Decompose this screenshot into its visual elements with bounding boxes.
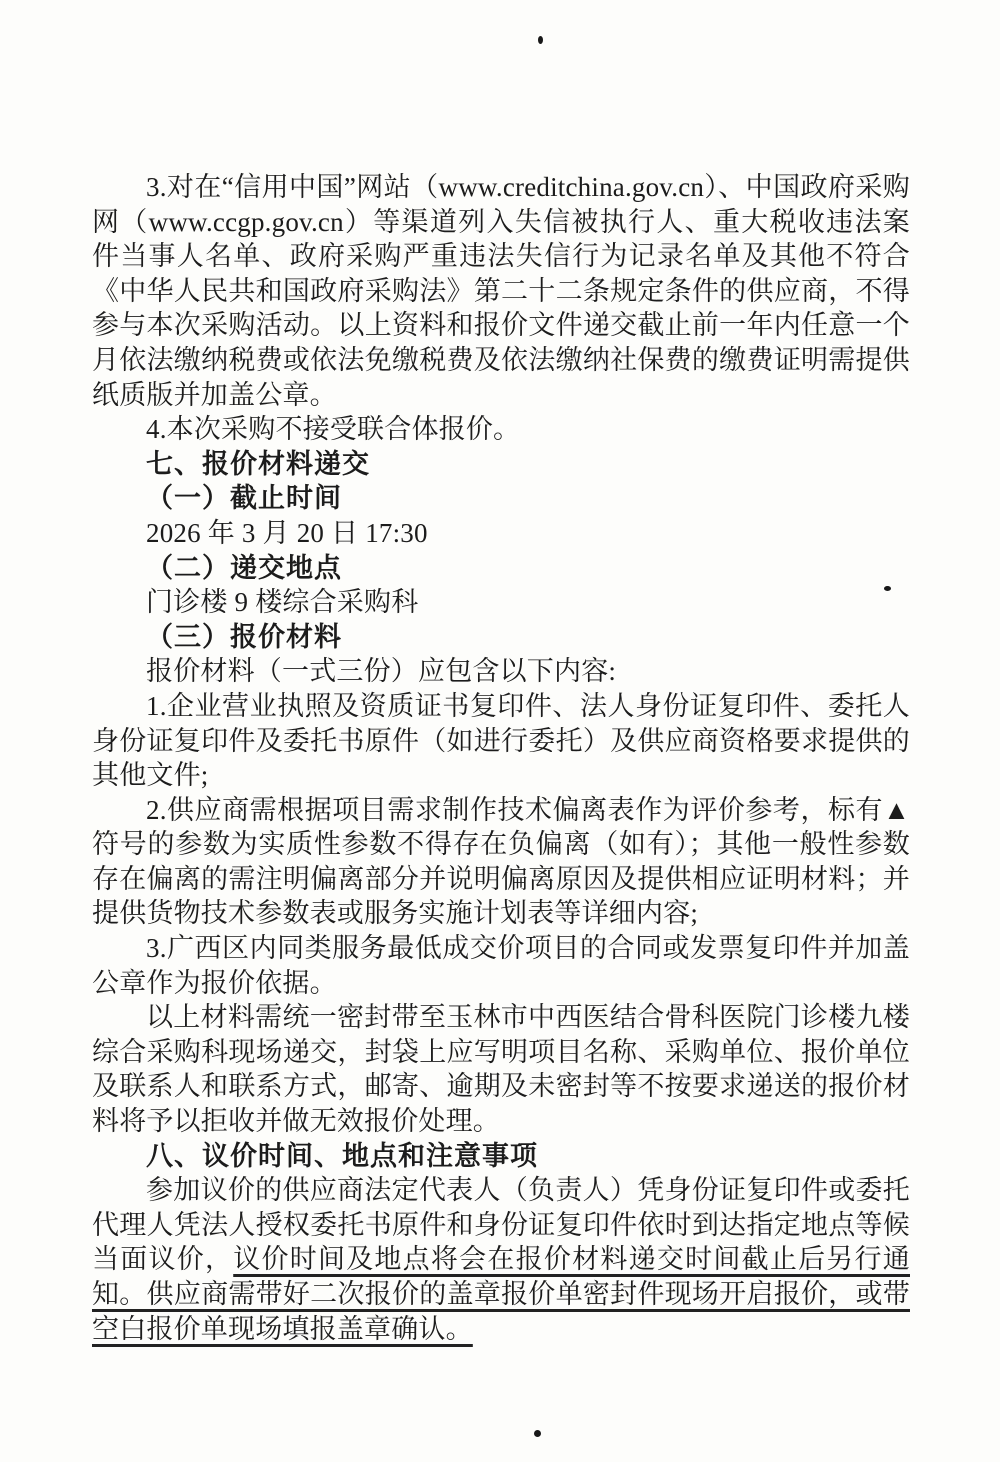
scanned-document-page: 3.对在“信用中国”网站（www.creditchina.gov.cn）、中国政… — [0, 0, 1000, 1462]
text-run: 七、报价材料递交 — [146, 449, 370, 479]
heading-7-1-deadline: （一）截止时间 — [92, 481, 910, 516]
heading-section-8-negotiation: 八、议价时间、地点和注意事项 — [92, 1139, 910, 1174]
text-run: 八、议价时间、地点和注意事项 — [146, 1141, 538, 1171]
text-run: （二）递交地点 — [146, 553, 342, 583]
para-item-3-contract-invoice: 3.广西区内同类服务最低成交价项目的合同或发票复印件并加盖公章作为报价依据。 — [92, 931, 910, 1000]
heading-section-7-submission: 七、报价材料递交 — [92, 447, 910, 482]
para-delivery-location: 门诊楼 9 楼综合采购科 — [92, 585, 910, 620]
text-run: 3.对在“信用中国”网站（www.creditchina.gov.cn）、中国政… — [92, 172, 910, 410]
text-run: 门诊楼 9 楼综合采购科 — [146, 587, 418, 617]
para-deadline-datetime: 2026 年 3 月 20 日 17:30 — [92, 516, 910, 551]
text-run: 2026 年 3 月 20 日 17:30 — [146, 518, 428, 548]
text-run: 4.本次采购不接受联合体报价。 — [146, 414, 520, 444]
para-materials-intro: 报价材料（一式三份）应包含以下内容: — [92, 654, 910, 689]
scan-speck — [534, 1430, 541, 1437]
text-run: 3.广西区内同类服务最低成交价项目的合同或发票复印件并加盖公章作为报价依据。 — [92, 933, 910, 998]
text-run: 2.供应商需根据项目需求制作技术偏离表作为评价参考，标有▲符号的参数为实质性参数… — [92, 795, 910, 929]
para-no-consortium: 4.本次采购不接受联合体报价。 — [92, 412, 910, 447]
scan-speck — [884, 586, 891, 591]
text-run: 1.企业营业执照及资质证书复印件、法人身份证复印件、委托人身份证复印件及委托书原… — [92, 691, 910, 790]
heading-7-3-materials: （三）报价材料 — [92, 620, 910, 655]
para-sealed-delivery: 以上材料需统一密封带至玉林市中西医结合骨科医院门诊楼九楼综合采购科现场递交，封袋… — [92, 1000, 910, 1138]
heading-7-2-location: （二）递交地点 — [92, 551, 910, 586]
para-negotiation-notice: 参加议价的供应商法定代表人（负责人）凭身份证复印件或委托代理人凭法人授权委托书原… — [92, 1173, 910, 1346]
document-body: 3.对在“信用中国”网站（www.creditchina.gov.cn）、中国政… — [92, 170, 910, 1346]
para-item-1-licenses: 1.企业营业执照及资质证书复印件、法人身份证复印件、委托人身份证复印件及委托书原… — [92, 689, 910, 793]
scan-speck — [538, 36, 543, 44]
text-run: 报价材料（一式三份）应包含以下内容: — [146, 656, 616, 686]
para-item-2-deviation-table: 2.供应商需根据项目需求制作技术偏离表作为评价参考，标有▲符号的参数为实质性参数… — [92, 793, 910, 931]
text-run: 以上材料需统一密封带至玉林市中西医结合骨科医院门诊楼九楼综合采购科现场递交，封袋… — [92, 1002, 910, 1136]
para-credit-china-blacklist: 3.对在“信用中国”网站（www.creditchina.gov.cn）、中国政… — [92, 170, 910, 412]
text-run: （三）报价材料 — [146, 622, 342, 652]
text-run: （一）截止时间 — [146, 483, 342, 513]
